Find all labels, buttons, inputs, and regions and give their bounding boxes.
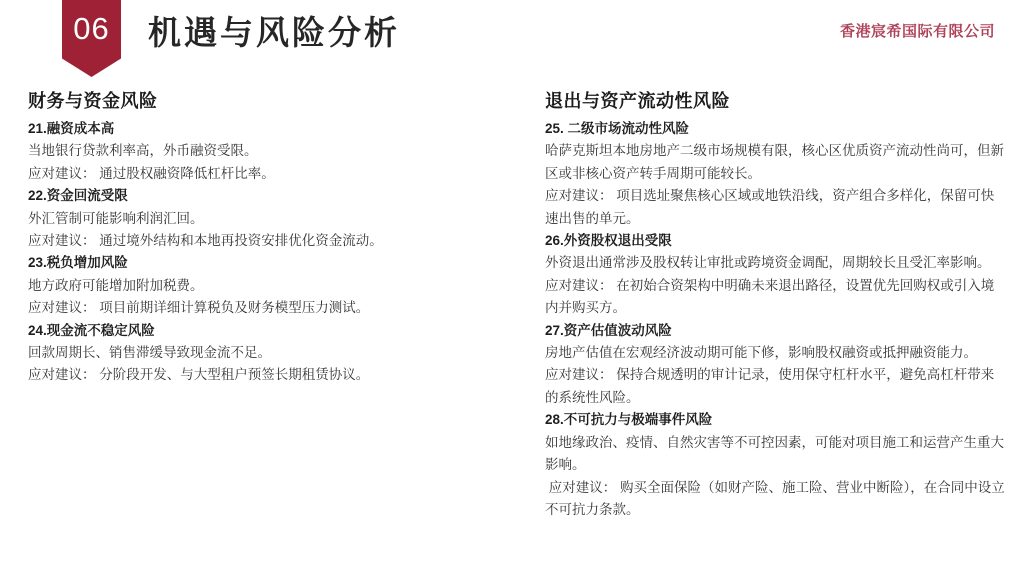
column-exit-liquidity-risks: 退出与资产流动性风险 25. 二级市场流动性风险 哈萨克斯坦本地房地产二级市场规… <box>545 88 1007 521</box>
risk-item-body: 哈萨克斯坦本地房地产二级市场规模有限，核心区优质资产流动性尚可，但新区或非核心资… <box>545 140 1007 185</box>
risk-item-body: 地方政府可能增加附加税费。 <box>28 275 490 297</box>
risk-columns: 财务与资金风险 21.融资成本高 当地银行贷款利率高，外币融资受限。 应对建议：… <box>28 88 1007 521</box>
company-name: 香港宸希国际有限公司 <box>840 20 995 41</box>
risk-item-advice: 应对建议： 通过股权融资降低杠杆比率。 <box>28 163 490 185</box>
risk-item-body: 如地缘政治、疫情、自然灾害等不可控因素，可能对项目施工和运营产生重大影响。 <box>545 432 1007 477</box>
risk-item-advice: 应对建议： 在初始合资架构中明确未来退出路径，设置优先回购权或引入境内并购买方。 <box>545 275 1007 320</box>
risk-item: 26.外资股权退出受限 外资退出通常涉及股权转让审批或跨境资金调配，周期较长且受… <box>545 230 1007 320</box>
risk-item-title: 28.不可抗力与极端事件风险 <box>545 409 1007 431</box>
risk-item-title: 22.资金回流受限 <box>28 185 490 207</box>
risk-item: 23.税负增加风险 地方政府可能增加附加税费。 应对建议： 项目前期详细计算税负… <box>28 252 490 319</box>
risk-item: 28.不可抗力与极端事件风险 如地缘政治、疫情、自然灾害等不可控因素，可能对项目… <box>545 409 1007 521</box>
risk-item: 24.现金流不稳定风险 回款周期长、销售滞缓导致现金流不足。 应对建议： 分阶段… <box>28 320 490 387</box>
risk-item: 22.资金回流受限 外汇管制可能影响利润汇回。 应对建议： 通过境外结构和本地再… <box>28 185 490 252</box>
column-financial-risks: 财务与资金风险 21.融资成本高 当地银行贷款利率高，外币融资受限。 应对建议：… <box>28 88 490 521</box>
risk-item-advice: 应对建议： 购买全面保险（如财产险、施工险、营业中断险），在合同中设立不可抗力条… <box>545 477 1007 522</box>
column-heading: 财务与资金风险 <box>28 88 490 114</box>
section-number-badge: 06 <box>62 0 121 77</box>
slide: 06 机遇与风险分析 香港宸希国际有限公司 财务与资金风险 21.融资成本高 当… <box>0 0 1024 574</box>
risk-item-title: 26.外资股权退出受限 <box>545 230 1007 252</box>
risk-item-title: 21.融资成本高 <box>28 118 490 140</box>
risk-item-title: 27.资产估值波动风险 <box>545 320 1007 342</box>
risk-item-title: 25. 二级市场流动性风险 <box>545 118 1007 140</box>
risk-item-advice: 应对建议： 通过境外结构和本地再投资安排优化资金流动。 <box>28 230 490 252</box>
risk-item-body: 房地产估值在宏观经济波动期可能下修，影响股权融资或抵押融资能力。 <box>545 342 1007 364</box>
risk-item-title: 24.现金流不稳定风险 <box>28 320 490 342</box>
risk-item-advice: 应对建议： 分阶段开发、与大型租户预签长期租赁协议。 <box>28 364 490 386</box>
risk-item-advice: 应对建议： 项目前期详细计算税负及财务模型压力测试。 <box>28 297 490 319</box>
risk-item-body: 外资退出通常涉及股权转让审批或跨境资金调配，周期较长且受汇率影响。 <box>545 252 1007 274</box>
section-number: 06 <box>73 13 109 77</box>
page-title: 机遇与风险分析 <box>148 7 400 54</box>
risk-item-body: 回款周期长、销售滞缓导致现金流不足。 <box>28 342 490 364</box>
risk-item-advice: 应对建议： 保持合规透明的审计记录，使用保守杠杆水平，避免高杠杆带来的系统性风险… <box>545 364 1007 409</box>
risk-item-body: 当地银行贷款利率高，外币融资受限。 <box>28 140 490 162</box>
risk-item: 27.资产估值波动风险 房地产估值在宏观经济波动期可能下修，影响股权融资或抵押融… <box>545 320 1007 410</box>
risk-item: 25. 二级市场流动性风险 哈萨克斯坦本地房地产二级市场规模有限，核心区优质资产… <box>545 118 1007 230</box>
risk-item: 21.融资成本高 当地银行贷款利率高，外币融资受限。 应对建议： 通过股权融资降… <box>28 118 490 185</box>
risk-item-advice: 应对建议： 项目选址聚焦核心区域或地铁沿线，资产组合多样化，保留可快速出售的单元… <box>545 185 1007 230</box>
risk-item-title: 23.税负增加风险 <box>28 252 490 274</box>
risk-item-body: 外汇管制可能影响利润汇回。 <box>28 208 490 230</box>
column-heading: 退出与资产流动性风险 <box>545 88 1007 114</box>
